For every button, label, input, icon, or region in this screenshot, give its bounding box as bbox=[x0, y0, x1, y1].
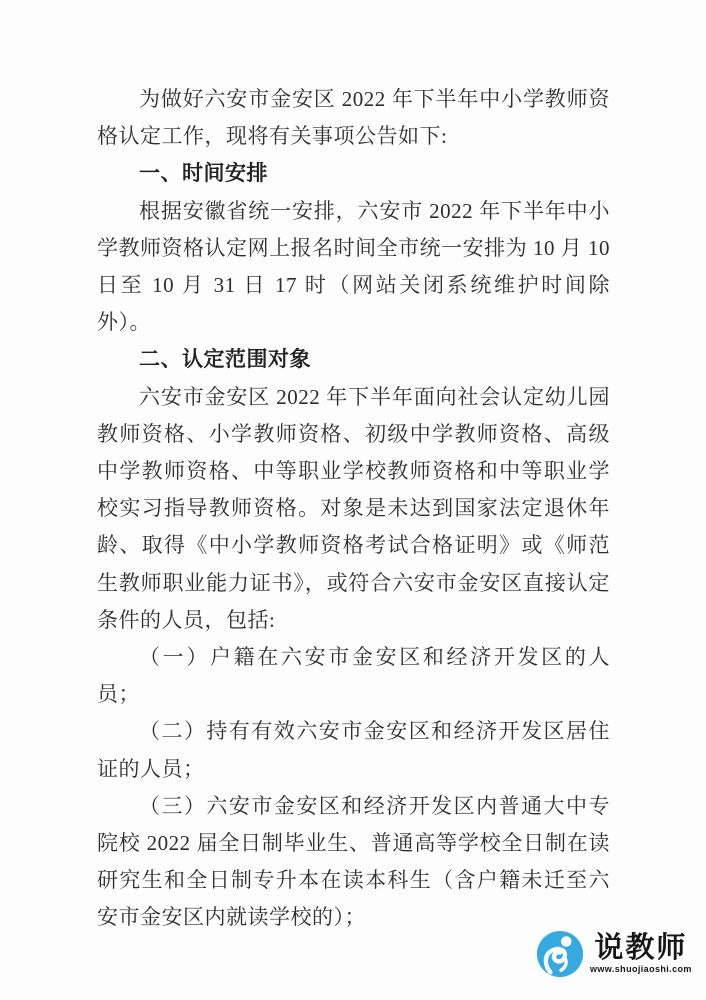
paragraph-intro: 为做好六安市金安区 2022 年下半年中小学教师资格认定工作，现将有关事项公告如… bbox=[97, 81, 610, 155]
brand-url: www.shuojiaoshi.com bbox=[590, 964, 692, 975]
watermark-text-block: 说教师 www.shuojiaoshi.com bbox=[590, 933, 692, 975]
watermark-logo: 说教师 www.shuojiaoshi.com bbox=[536, 930, 692, 978]
section-heading-time: 一、时间安排 bbox=[97, 155, 610, 192]
document-body: 为做好六安市金安区 2022 年下半年中小学教师资格认定工作，现将有关事项公告如… bbox=[97, 81, 610, 937]
section-heading-scope: 二、认定范围对象 bbox=[97, 341, 610, 378]
speaking-person-icon bbox=[536, 930, 584, 978]
brand-name: 说教师 bbox=[594, 933, 687, 963]
paragraph-time-arrangement: 根据安徽省统一安排，六安市 2022 年下半年中小学教师资格认定网上报名时间全市… bbox=[97, 193, 610, 342]
list-item-1-household: （一）户籍在六安市金安区和经济开发区的人员； bbox=[97, 639, 610, 713]
scanned-announcement-page: 为做好六安市金安区 2022 年下半年中小学教师资格认定工作，现将有关事项公告如… bbox=[0, 0, 706, 1000]
list-item-3-students: （三）六安市金安区和经济开发区内普通大中专院校 2022 届全日制毕业生、普通高… bbox=[97, 788, 610, 937]
list-item-2-residence-permit: （二）持有有效六安市金安区和经济开发区居住证的人员； bbox=[97, 713, 610, 787]
paragraph-scope: 六安市金安区 2022 年下半年面向社会认定幼儿园教师资格、小学教师资格、初级中… bbox=[97, 379, 610, 639]
